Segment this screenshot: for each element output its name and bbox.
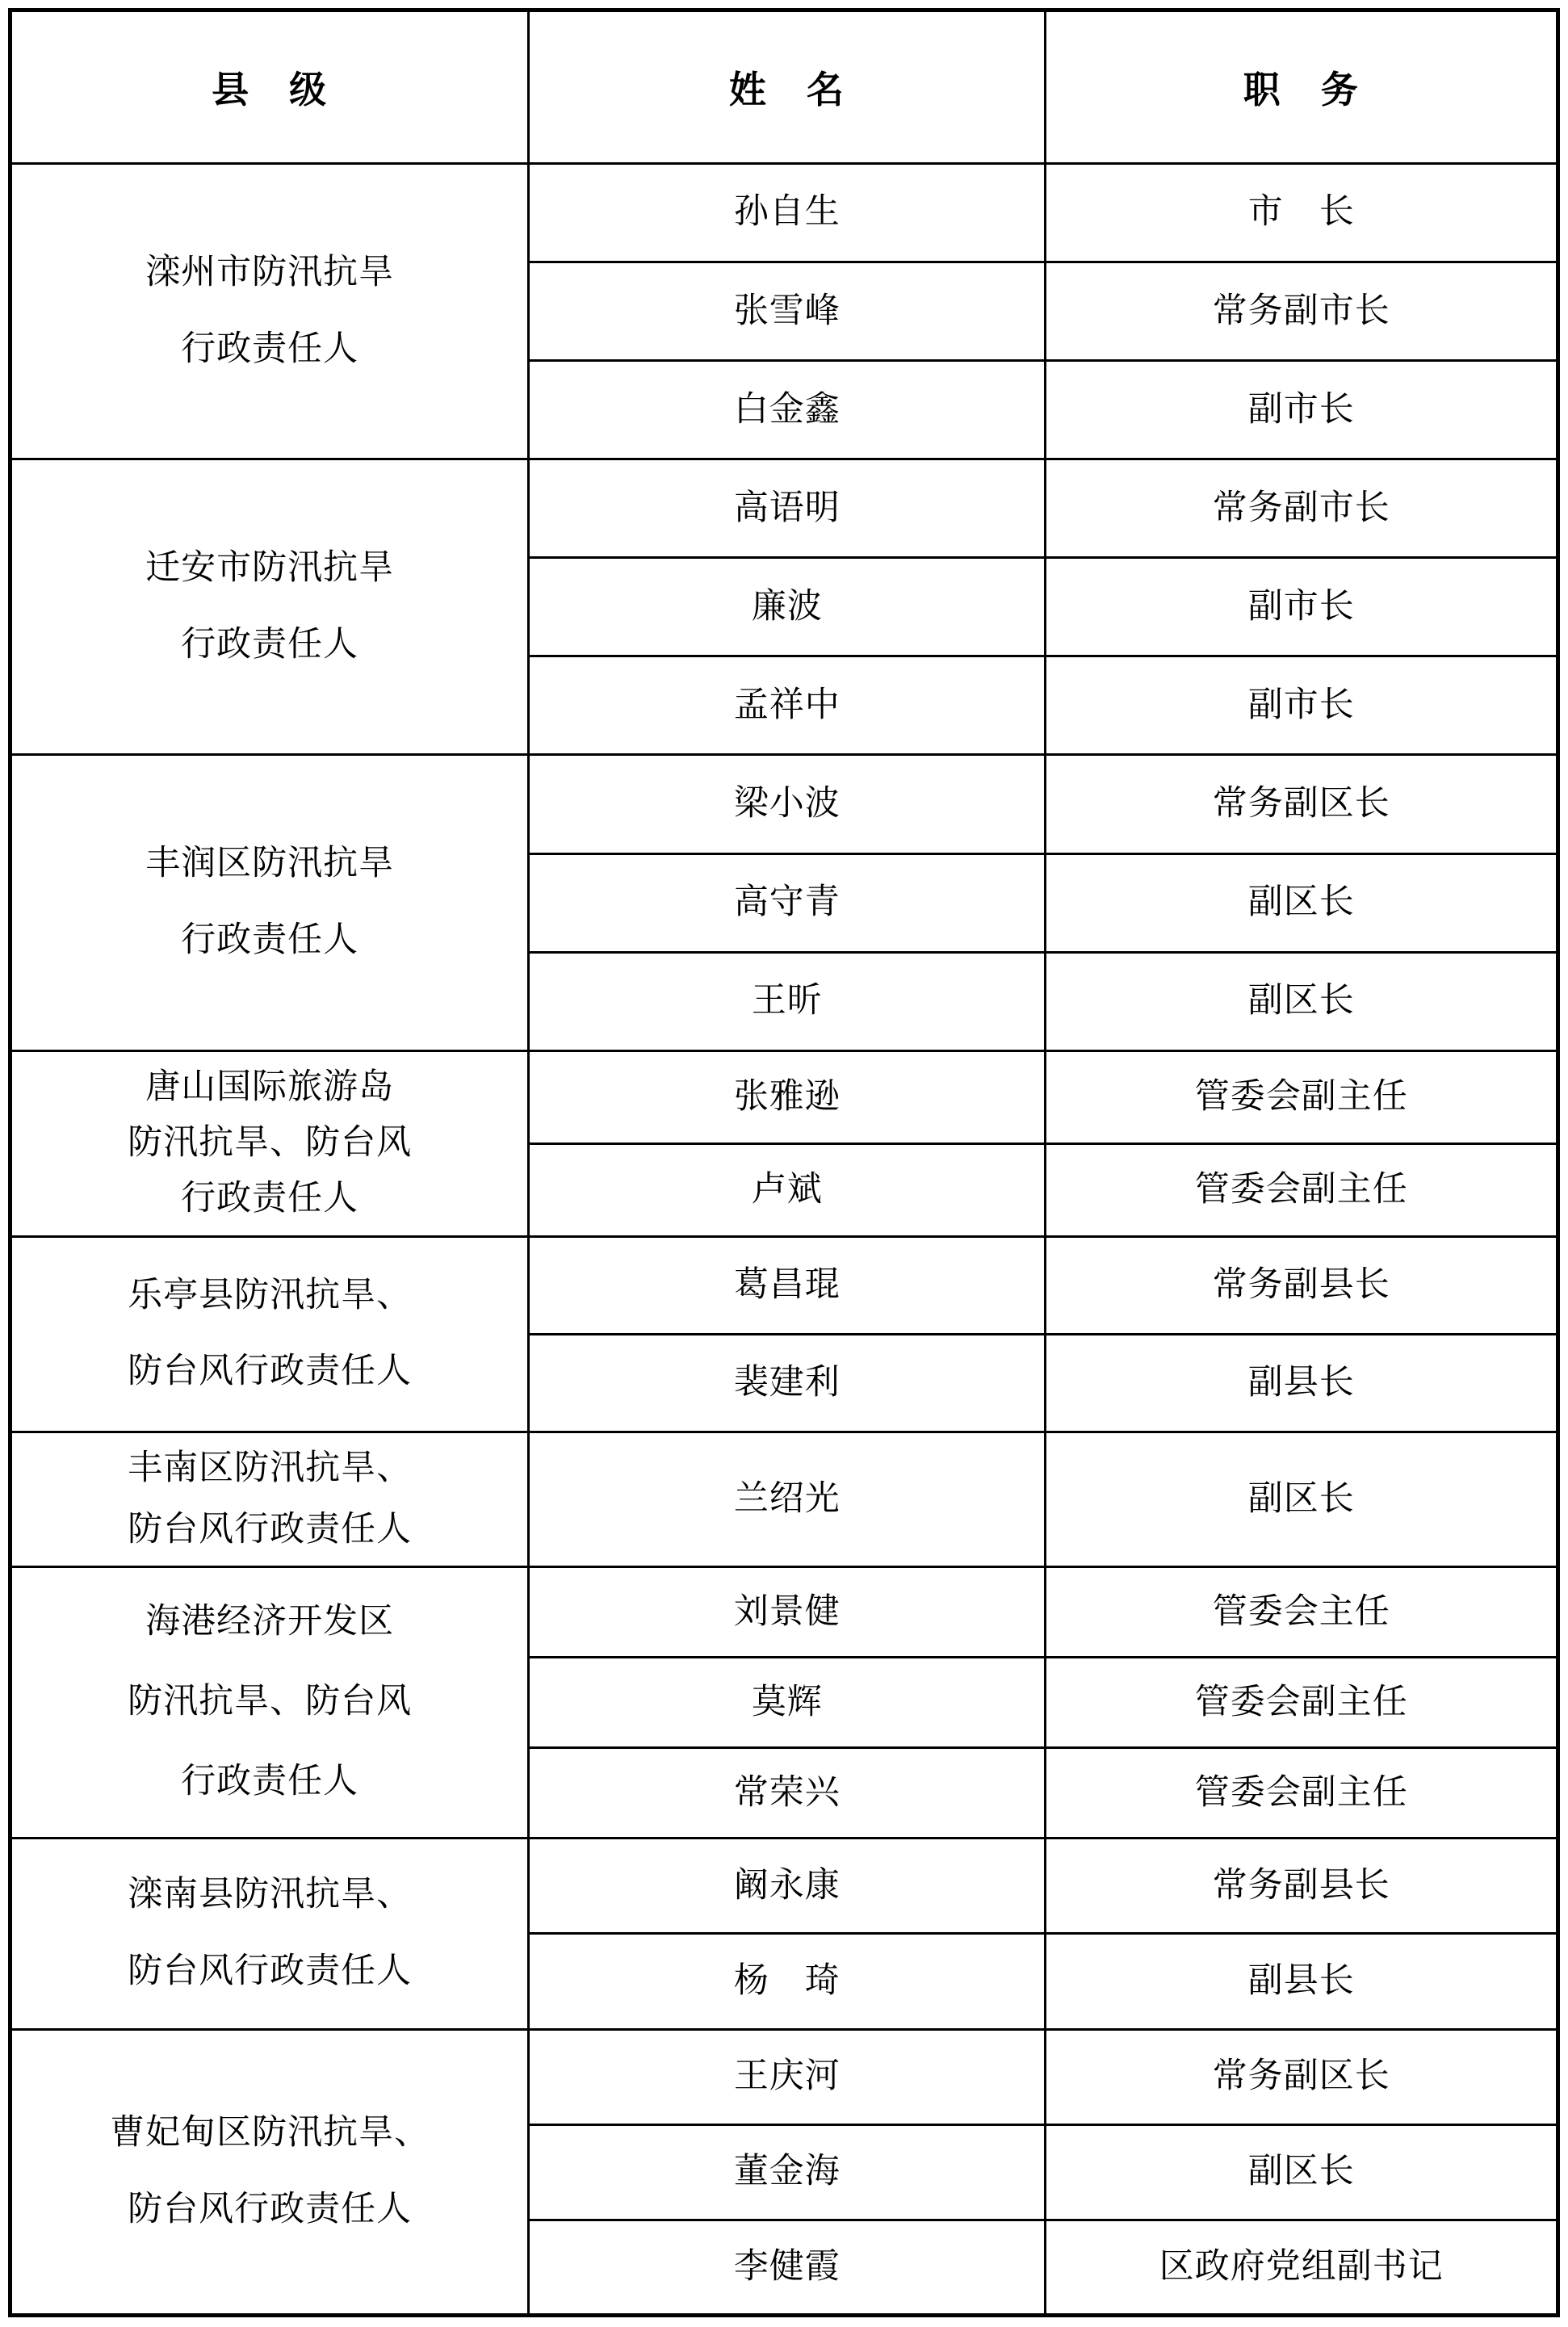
group-label: 乐亭县防汛抗旱、防台风行政责任人 [10, 1236, 529, 1432]
person-name: 兰绍光 [529, 1432, 1046, 1567]
person-position: 副市长 [1046, 558, 1558, 656]
person-name: 梁小波 [529, 755, 1046, 853]
group-label-line: 行政责任人 [181, 1180, 358, 1218]
column-header-county_level: 县 级 [10, 10, 529, 164]
table-row: 乐亭县防汛抗旱、防台风行政责任人葛昌琨常务副县长 [10, 1236, 1558, 1334]
group-label-line: 防汛抗旱、防台风 [128, 1124, 412, 1162]
person-name: 高守青 [529, 853, 1046, 952]
table-body: 滦州市防汛抗旱行政责任人孙自生市 长张雪峰常务副市长白金鑫副市长迁安市防汛抗旱行… [10, 164, 1558, 2316]
table-row: 丰南区防汛抗旱、防台风行政责任人兰绍光副区长 [10, 1432, 1558, 1567]
person-position: 管委会主任 [1046, 1567, 1558, 1658]
group-label-line: 行政责任人 [181, 921, 358, 959]
group-label-line: 滦南县防汛抗旱、 [128, 1876, 412, 1914]
person-position: 管委会副主任 [1046, 1050, 1558, 1143]
person-position: 副市长 [1046, 656, 1558, 755]
document-page: 县 级姓 名职 务 滦州市防汛抗旱行政责任人孙自生市 长张雪峰常务副市长白金鑫副… [0, 0, 1568, 2327]
table-row: 滦州市防汛抗旱行政责任人孙自生市 长 [10, 164, 1558, 262]
group-label-line: 防台风行政责任人 [128, 1952, 412, 1990]
person-name: 高语明 [529, 459, 1046, 558]
table-row: 迁安市防汛抗旱行政责任人高语明常务副市长 [10, 459, 1558, 558]
person-position: 副区长 [1046, 2124, 1558, 2220]
person-name: 王庆河 [529, 2029, 1046, 2124]
group-label: 丰南区防汛抗旱、防台风行政责任人 [10, 1432, 529, 1567]
person-position: 常务副市长 [1046, 459, 1558, 558]
table-row: 曹妃甸区防汛抗旱、防台风行政责任人王庆河常务副区长 [10, 2029, 1558, 2124]
person-name: 廉波 [529, 558, 1046, 656]
group-label-line: 曹妃甸区防汛抗旱、 [110, 2114, 430, 2152]
person-position: 副县长 [1046, 1934, 1558, 2029]
person-position: 常务副市长 [1046, 262, 1558, 361]
group-label-line: 丰润区防汛抗旱 [145, 845, 394, 883]
person-position: 管委会副主任 [1046, 1748, 1558, 1839]
person-name: 裴建利 [529, 1334, 1046, 1432]
person-name: 阚永康 [529, 1839, 1046, 1934]
person-position: 管委会副主任 [1046, 1143, 1558, 1236]
responsibility-table: 县 级姓 名职 务 滦州市防汛抗旱行政责任人孙自生市 长张雪峰常务副市长白金鑫副… [8, 8, 1560, 2317]
person-name: 白金鑫 [529, 361, 1046, 459]
table-header: 县 级姓 名职 务 [10, 10, 1558, 164]
table-row: 丰润区防汛抗旱行政责任人梁小波常务副区长 [10, 755, 1558, 853]
group-label-line: 丰南区防汛抗旱、 [128, 1449, 412, 1487]
table-header-row: 县 级姓 名职 务 [10, 10, 1558, 164]
column-header-name: 姓 名 [529, 10, 1046, 164]
person-position: 副市长 [1046, 361, 1558, 459]
group-label-line: 行政责任人 [181, 330, 358, 368]
group-label-line: 乐亭县防汛抗旱、 [128, 1277, 412, 1314]
group-label: 滦南县防汛抗旱、防台风行政责任人 [10, 1839, 529, 2029]
person-name: 刘景健 [529, 1567, 1046, 1658]
person-position: 副区长 [1046, 952, 1558, 1050]
group-label-line: 行政责任人 [181, 1763, 358, 1801]
group-label: 迁安市防汛抗旱行政责任人 [10, 459, 529, 755]
column-header-position: 职 务 [1046, 10, 1558, 164]
person-position: 常务副县长 [1046, 1839, 1558, 1934]
person-name: 张雅逊 [529, 1050, 1046, 1143]
person-name: 常荣兴 [529, 1748, 1046, 1839]
person-position: 常务副区长 [1046, 2029, 1558, 2124]
group-label: 海港经济开发区防汛抗旱、防台风行政责任人 [10, 1567, 529, 1839]
group-label-line: 防台风行政责任人 [128, 1511, 412, 1549]
person-position: 市 长 [1046, 164, 1558, 262]
group-label: 滦州市防汛抗旱行政责任人 [10, 164, 529, 459]
person-position: 常务副县长 [1046, 1236, 1558, 1334]
table-row: 海港经济开发区防汛抗旱、防台风行政责任人刘景健管委会主任 [10, 1567, 1558, 1658]
person-name: 葛昌琨 [529, 1236, 1046, 1334]
person-name: 王昕 [529, 952, 1046, 1050]
person-name: 杨 琦 [529, 1934, 1046, 2029]
table-row: 滦南县防汛抗旱、防台风行政责任人阚永康常务副县长 [10, 1839, 1558, 1934]
person-name: 莫辉 [529, 1658, 1046, 1748]
person-position: 常务副区长 [1046, 755, 1558, 853]
table-row: 唐山国际旅游岛防汛抗旱、防台风行政责任人张雅逊管委会副主任 [10, 1050, 1558, 1143]
group-label: 唐山国际旅游岛防汛抗旱、防台风行政责任人 [10, 1050, 529, 1236]
group-label-line: 防台风行政责任人 [128, 1352, 412, 1390]
person-name: 卢斌 [529, 1143, 1046, 1236]
person-name: 孟祥中 [529, 656, 1046, 755]
person-position: 区政府党组副书记 [1046, 2220, 1558, 2315]
group-label-line: 唐山国际旅游岛 [145, 1068, 394, 1106]
person-position: 管委会副主任 [1046, 1658, 1558, 1748]
person-name: 孙自生 [529, 164, 1046, 262]
group-label-line: 海港经济开发区 [145, 1603, 394, 1641]
person-name: 张雪峰 [529, 262, 1046, 361]
person-position: 副县长 [1046, 1334, 1558, 1432]
group-label: 曹妃甸区防汛抗旱、防台风行政责任人 [10, 2029, 529, 2315]
group-label-line: 防台风行政责任人 [128, 2191, 412, 2228]
group-label-line: 迁安市防汛抗旱 [145, 549, 394, 587]
person-position: 副区长 [1046, 853, 1558, 952]
group-label-line: 行政责任人 [181, 626, 358, 664]
group-label-line: 防汛抗旱、防台风 [128, 1683, 412, 1721]
group-label: 丰润区防汛抗旱行政责任人 [10, 755, 529, 1050]
person-name: 李健霞 [529, 2220, 1046, 2315]
group-label-line: 滦州市防汛抗旱 [145, 254, 394, 291]
person-name: 董金海 [529, 2124, 1046, 2220]
person-position: 副区长 [1046, 1432, 1558, 1567]
